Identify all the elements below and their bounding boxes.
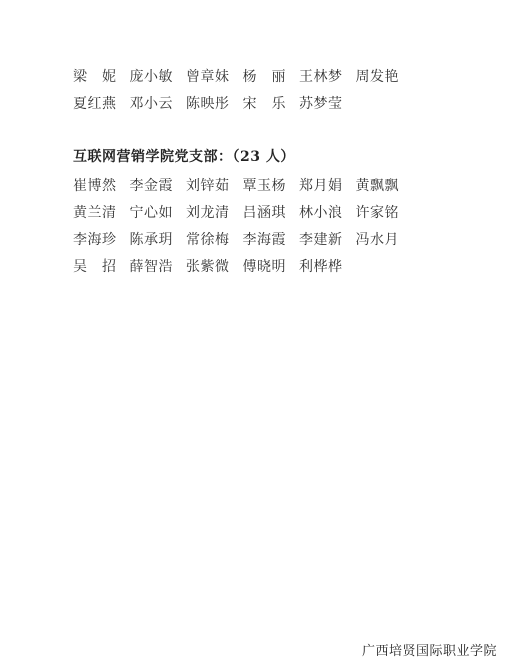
member-name: 宋 乐 bbox=[243, 93, 287, 113]
member-name: 利桦桦 bbox=[299, 256, 343, 276]
member-name: 杨 丽 bbox=[243, 66, 287, 86]
member-name: 陈承玥 bbox=[130, 229, 174, 249]
member-name: 傅晓明 bbox=[243, 256, 287, 276]
member-row: 黄兰清宁心如刘龙清吕涵琪林小浪许家铭 bbox=[73, 198, 399, 225]
member-name: 吴 招 bbox=[73, 256, 117, 276]
member-row: 梁 妮庞小敏曾章妹杨 丽王林梦周发艳 bbox=[73, 62, 399, 89]
member-name: 李金霞 bbox=[130, 175, 174, 195]
previous-section-member-rows: 梁 妮庞小敏曾章妹杨 丽王林梦周发艳夏红燕邓小云陈映彤宋 乐苏梦莹 bbox=[73, 62, 399, 116]
member-name: 冯水月 bbox=[356, 229, 400, 249]
member-name: 李建新 bbox=[299, 229, 343, 249]
member-name: 薛智浩 bbox=[130, 256, 174, 276]
member-name: 王林梦 bbox=[299, 66, 343, 86]
member-name: 覃玉杨 bbox=[243, 175, 287, 195]
section-member-rows: 崔博然李金霞刘锌茹覃玉杨郑月娟黄飘飘黄兰清宁心如刘龙清吕涵琪林小浪许家铭李海珍陈… bbox=[73, 171, 399, 279]
member-row: 崔博然李金霞刘锌茹覃玉杨郑月娟黄飘飘 bbox=[73, 171, 399, 198]
member-name: 邓小云 bbox=[130, 93, 174, 113]
member-name: 梁 妮 bbox=[73, 66, 117, 86]
member-name: 刘龙清 bbox=[186, 202, 230, 222]
member-name: 庞小敏 bbox=[130, 66, 174, 86]
member-name: 崔博然 bbox=[73, 175, 117, 195]
member-row: 吴 招薛智浩张紫微傅晓明利桦桦 bbox=[73, 252, 399, 279]
member-name: 陈映彤 bbox=[186, 93, 230, 113]
member-name: 黄飘飘 bbox=[356, 175, 400, 195]
member-name: 刘锌茹 bbox=[186, 175, 230, 195]
member-name: 李海珍 bbox=[73, 229, 117, 249]
member-name: 苏梦莹 bbox=[299, 93, 343, 113]
member-name: 林小浪 bbox=[299, 202, 343, 222]
member-name: 郑月娟 bbox=[299, 175, 343, 195]
member-name: 黄兰清 bbox=[73, 202, 117, 222]
document-page: 梁 妮庞小敏曾章妹杨 丽王林梦周发艳夏红燕邓小云陈映彤宋 乐苏梦莹 互联网营销学… bbox=[0, 0, 510, 670]
member-row: 夏红燕邓小云陈映彤宋 乐苏梦莹 bbox=[73, 89, 399, 116]
member-name: 许家铭 bbox=[356, 202, 400, 222]
member-name: 曾章妹 bbox=[186, 66, 230, 86]
member-name: 周发艳 bbox=[356, 66, 400, 86]
section-internet-marketing-branch: 互联网营销学院党支部：（23 人） 崔博然李金霞刘锌茹覃玉杨郑月娟黄飘飘黄兰清宁… bbox=[73, 144, 399, 279]
member-row: 李海珍陈承玥常徐梅李海霞李建新冯水月 bbox=[73, 225, 399, 252]
member-name: 张紫微 bbox=[186, 256, 230, 276]
page-footer-watermark: 广西培贤国际职业学院 bbox=[362, 640, 497, 659]
section-heading: 互联网营销学院党支部：（23 人） bbox=[73, 144, 399, 171]
member-name: 宁心如 bbox=[130, 202, 174, 222]
member-name: 常徐梅 bbox=[186, 229, 230, 249]
member-name: 李海霞 bbox=[243, 229, 287, 249]
member-name: 吕涵琪 bbox=[243, 202, 287, 222]
member-name: 夏红燕 bbox=[73, 93, 117, 113]
